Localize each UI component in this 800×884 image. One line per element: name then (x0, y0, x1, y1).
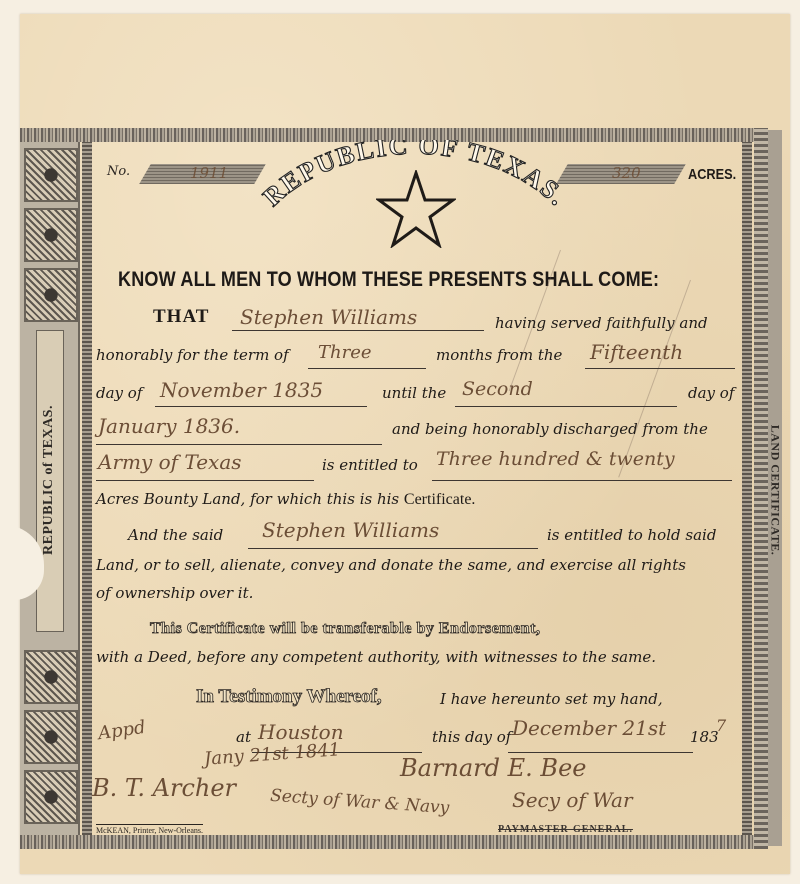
body-text: with a Deed, before any competent author… (96, 648, 656, 666)
year-prefix: 183 (690, 728, 719, 746)
lone-star-icon (376, 170, 456, 248)
certificate-word: Certificate. (404, 491, 476, 508)
signature-right: Barnard E. Bee (400, 754, 586, 782)
ornament-tile-icon (24, 268, 78, 322)
body-text: is entitled to hold said (547, 526, 716, 544)
transfer-line: This Certificate will be transferable by… (150, 620, 540, 638)
number-label: No. (107, 164, 130, 179)
body-text: at (236, 728, 251, 746)
until-day-value: Second (462, 378, 533, 400)
recipient-name: Stephen Williams (240, 305, 417, 329)
land-amount-value: Three hundred & twenty (436, 448, 675, 470)
right-border-text: LAND CERTIFICATE. (768, 425, 783, 556)
from-day-value: Fifteenth (590, 340, 683, 364)
body-text: day of (688, 384, 734, 402)
paymaster-general-label: PAYMASTER-GENERAL. (498, 824, 633, 835)
ornament-tile-icon (24, 770, 78, 824)
ornament-tile-icon (24, 208, 78, 262)
testimony-heading: In Testimony Whereof, (196, 686, 382, 708)
left-inner-border (82, 142, 92, 835)
date-value: December 21st (512, 716, 666, 740)
body-text: Acres Bounty Land, for which this is his (96, 490, 399, 508)
body-text: this day of (432, 728, 511, 746)
ornamental-border-bottom (20, 835, 768, 849)
term-value: Three (318, 342, 372, 363)
body-text: day of (96, 384, 142, 402)
certificate-number: 1911 (190, 164, 228, 182)
ornament-tile-icon (24, 650, 78, 704)
body-text: Land, or to sell, alienate, convey and d… (96, 556, 686, 574)
from-month-value: November 1835 (160, 378, 323, 402)
body-text: of ownership over it. (96, 584, 253, 602)
body-text: months from the (436, 346, 562, 364)
body-text: I have hereunto set my hand, (440, 690, 663, 708)
body-text: is entitled to (322, 456, 418, 474)
body-text: and being honorably discharged from the (392, 420, 708, 438)
ornament-tile-icon (24, 710, 78, 764)
headline: KNOW ALL MEN TO WHOM THESE PRESENTS SHAL… (118, 268, 659, 292)
signer-right-title: Secy of War (512, 788, 633, 812)
acres-value: 320 (612, 164, 641, 182)
year-suffix: 7 (716, 716, 726, 735)
that-word: THAT (153, 306, 209, 327)
until-month-value: January 1836. (98, 414, 240, 438)
left-border-text: REPUBLIC of TEXAS. (41, 405, 57, 555)
recipient-name-2: Stephen Williams (262, 518, 439, 542)
body-text: honorably for the term of (96, 346, 289, 364)
body-text: having served faithfully and (495, 314, 708, 332)
army-value: Army of Texas (98, 450, 242, 474)
right-ornamental-panel (754, 128, 768, 849)
body-text: until the (382, 384, 446, 402)
right-inner-border (742, 142, 752, 835)
printer-imprint: McKEAN, Printer, New-Orleans. (96, 824, 203, 835)
acres-label: ACRES. (688, 166, 736, 183)
signature-left: B. T. Archer (92, 774, 236, 802)
ornament-tile-icon (24, 148, 78, 202)
body-text: And the said (128, 526, 223, 544)
